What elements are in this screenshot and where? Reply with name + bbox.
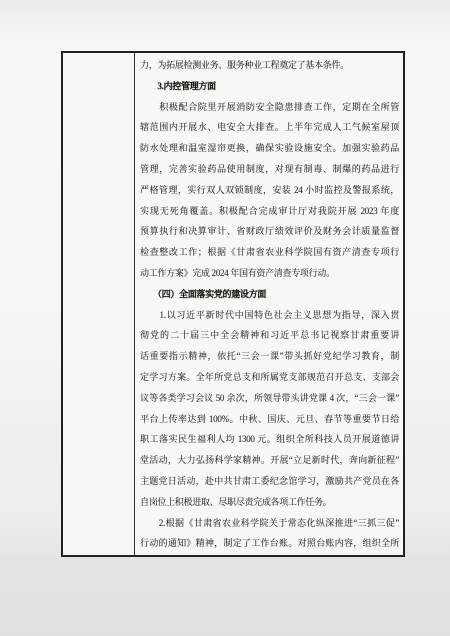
content-line: 1.以习近平新时代中国特色社会主义思想为指导，深入贯 xyxy=(140,305,399,326)
content-line: 预算执行和决算审计、省财政厅绩效评价及财务会计质量监督 xyxy=(140,221,399,242)
content-line: 2.根据《甘肃省农业科学院关于常态化纵深推进“三抓三促” xyxy=(140,513,399,534)
content-line: 力，为拓展检测业务、服务种业工程奠定了基本条件。 xyxy=(140,55,399,76)
content-line: 管理，完善实验药品使用制度，对现有制毒、制爆的药品进行 xyxy=(140,159,399,180)
content-line: 辖范围内开展水、电安全大排查。上半年完成人工气候室屋顶 xyxy=(140,117,399,138)
content-line: 严格管理，实行双人双锁制度，安装 24 小时监控及警报系统， xyxy=(140,180,399,201)
report-table: 力，为拓展检测业务、服务种业工程奠定了基本条件。 3.内控管理方面 积极配合院里… xyxy=(61,51,405,557)
section-heading: 3.内控管理方面 xyxy=(140,76,399,97)
content-line: 动工作方案》完成 2024 年国有资产清查专项行动。 xyxy=(140,263,399,284)
content-line: 积极配合院里开展消防安全隐患排查工作，定期在全所管 xyxy=(140,97,399,118)
content-line: 话重要指示精神，依托“三会一课”带头抓好党纪学习教育，制 xyxy=(140,346,399,367)
content-line: 实现无死角覆盖。积极配合完成审计厅对我院开展 2023 年度 xyxy=(140,201,399,222)
content-line: 议等各类学习会议 50 余次，所领导带头讲党课 4 次，“三会一课” xyxy=(140,388,399,409)
content-line: 防水处理和温室湿帘更换，确保实验设施安全。加强实验药品 xyxy=(140,138,399,159)
row-label-cell xyxy=(63,53,135,555)
content-line: 彻党的二十届三中全会精神和习近平总书记视察甘肃重要讲 xyxy=(140,325,399,346)
content-line: 定学习方案。全年所党总支和所属党支部规范召开总支、支部会 xyxy=(140,367,399,388)
content-line: 行动的通知》精神，制定了工作台账。对照台账内容，组织全所 xyxy=(140,533,399,554)
content-cell: 力，为拓展检测业务、服务种业工程奠定了基本条件。 3.内控管理方面 积极配合院里… xyxy=(135,53,403,555)
content-line: 堂活动，大力弘扬科学家精神。开展“立足新时代，奔向新征程” xyxy=(140,450,399,471)
content-line: 职工落实民生福利人均 1300 元。组织全所科技人员开展道德讲 xyxy=(140,429,399,450)
content-line: 检查整改工作；根据《甘肃省农业科学院国有资产清查专项行 xyxy=(140,242,399,263)
section-heading: （四）全面落实党的建设方面 xyxy=(140,284,399,305)
content-line: 主题党日活动，赴中共甘肃工委纪念馆学习，激励共产党员在各 xyxy=(140,471,399,492)
content-line: 平台上传率达到 100%。中秋、国庆、元旦、春节等重要节日给 xyxy=(140,409,399,430)
scanned-document-page: 力，为拓展检测业务、服务种业工程奠定了基本条件。 3.内控管理方面 积极配合院里… xyxy=(0,0,450,636)
content-line: 自岗位上积极进取、尽职尽责完成各项工作任务。 xyxy=(140,492,399,513)
